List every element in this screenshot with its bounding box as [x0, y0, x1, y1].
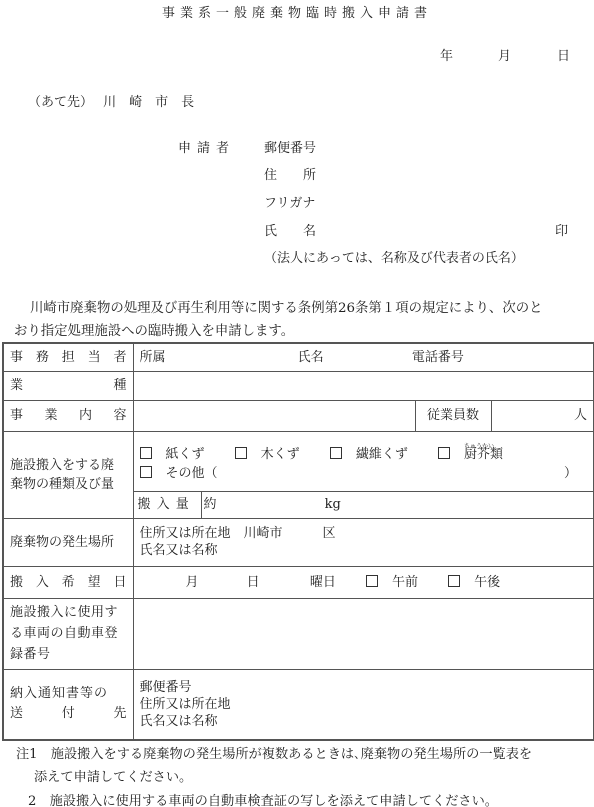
date-year-label: 年: [440, 45, 453, 64]
row-origin: 廃棄物の発生場所 住所又は所在地 川崎市区 氏名又は名称: [3, 518, 594, 566]
date-label: 搬 入 希 望 日: [3, 566, 133, 598]
checkbox-textile[interactable]: [330, 447, 342, 459]
row-staff: 事 務 担 当 者 所属 氏名 電話番号: [3, 343, 594, 371]
option-pm: 午後: [474, 575, 500, 590]
option-paper: 紙くず: [166, 447, 205, 462]
amount-label: 搬 入 量: [133, 491, 201, 518]
waste-label: 施設搬入をする廃棄物の種類及び量: [3, 431, 133, 518]
checkbox-pm[interactable]: [448, 575, 460, 587]
origin-field[interactable]: 住所又は所在地 川崎市区 氏名又は名称: [133, 518, 594, 566]
date-weekday-unit: 曜日: [310, 575, 336, 590]
note-1-line-1: 注1 施設搬入をする廃棄物の発生場所が複数あるときは､廃棄物の発生場所の一覧表を: [16, 743, 532, 762]
origin-label: 廃棄物の発生場所: [3, 518, 133, 566]
checkbox-other[interactable]: [140, 466, 152, 478]
send-to-postal-label: 郵便番号: [140, 679, 588, 696]
amount-field[interactable]: 約 kg: [201, 491, 594, 518]
applicant-name-label: 氏 名: [264, 220, 316, 239]
applicant-corporate-note: （法人にあっては、名称及び代表者の氏名）: [264, 247, 524, 266]
seal-mark: 印: [555, 220, 568, 239]
origin-ward-label: 区: [323, 526, 336, 541]
industry-field[interactable]: [133, 371, 594, 400]
note-2: 2 施設搬入に使用する車両の自動車検査証の写しを添えて申請してください。: [28, 790, 498, 807]
applicant-postal-label: 郵便番号: [264, 137, 316, 156]
kitchen-waste-ruby: ちゅうかい: [464, 437, 494, 456]
intro-line-1: 川崎市廃棄物の処理及び再生利用等に関する条例第26条第１項の規定により、次のと: [30, 297, 543, 316]
option-other: その他（: [166, 466, 218, 481]
date-month-unit: 月: [186, 575, 199, 590]
employees-field[interactable]: 人: [491, 400, 594, 431]
business-field[interactable]: [133, 400, 415, 431]
option-textile: 繊維くず: [356, 447, 408, 462]
send-to-field[interactable]: 郵便番号 住所又は所在地 氏名又は名称: [133, 669, 594, 740]
checkbox-wood[interactable]: [235, 447, 247, 459]
staff-phone-label: 電話番号: [412, 350, 464, 365]
send-to-label: 納入通知書等の 送 付 先: [3, 669, 133, 740]
row-industry: 業 種: [3, 371, 594, 400]
employees-unit: 人: [574, 408, 587, 423]
checkbox-kitchen-waste[interactable]: [438, 447, 450, 459]
option-am: 午前: [392, 575, 418, 590]
date-day-label: 日: [557, 45, 570, 64]
send-to-name-label: 氏名又は名称: [140, 713, 588, 730]
intro-line-2: おり指定処理施設への臨時搬入を申請します。: [14, 320, 294, 339]
waste-types-field: 紙くず 木くず 繊維くず ちゅうかい厨芥類 その他（ ）: [133, 431, 594, 491]
note-1-line-2: 添えて申請してください。: [34, 766, 192, 785]
staff-label: 事 務 担 当 者: [3, 343, 133, 371]
origin-name-label: 氏名又は名称: [140, 542, 588, 559]
send-to-address-label: 住所又は所在地: [140, 696, 588, 713]
option-wood: 木くず: [261, 447, 300, 462]
origin-address-label: 住所又は所在地 川崎市: [140, 526, 283, 541]
staff-field[interactable]: 所属 氏名 電話番号: [133, 343, 594, 371]
staff-dept-label: 所属: [140, 350, 166, 365]
date-day-unit: 日: [247, 575, 260, 590]
staff-name-label: 氏名: [298, 350, 324, 365]
amount-unit: kg: [325, 497, 341, 512]
row-business: 事 業 内 容 従業員数 人: [3, 400, 594, 431]
employees-label: 従業員数: [415, 400, 491, 431]
row-send-to: 納入通知書等の 送 付 先 郵便番号 住所又は所在地 氏名又は名称: [3, 669, 594, 740]
addressee-name: 川 崎 市 長: [103, 95, 194, 110]
application-table: 事 務 担 当 者 所属 氏名 電話番号 業 種 事 業 内: [2, 342, 594, 741]
row-vehicle: 施設搬入に使用する車両の自動車登録番号: [3, 598, 594, 669]
addressee-prefix: （あて先）: [28, 95, 93, 110]
checkbox-am[interactable]: [366, 575, 378, 587]
date-month-label: 月: [498, 45, 511, 64]
applicant-label: 申請者: [178, 137, 235, 156]
industry-label: 業 種: [3, 371, 133, 400]
addressee: （あて先） 川 崎 市 長: [28, 91, 194, 110]
vehicle-field[interactable]: [133, 598, 594, 669]
form-title: 事業系一般廃棄物臨時搬入申請書: [0, 2, 594, 21]
row-waste-types: 施設搬入をする廃棄物の種類及び量 紙くず 木くず 繊維くず ちゅうかい厨芥類 そ…: [3, 431, 594, 491]
applicant-address-label: 住 所: [264, 164, 316, 183]
applicant-furigana-label: フリガナ: [264, 192, 315, 211]
business-label: 事 業 内 容: [3, 400, 133, 431]
vehicle-label: 施設搬入に使用する車両の自動車登録番号: [3, 598, 133, 669]
checkbox-paper[interactable]: [140, 447, 152, 459]
date-field[interactable]: 月 日 曜日 午前 午後: [133, 566, 594, 598]
amount-prefix: 約: [204, 497, 217, 512]
other-close-paren: ）: [564, 464, 577, 483]
row-date: 搬 入 希 望 日 月 日 曜日 午前 午後: [3, 566, 594, 598]
